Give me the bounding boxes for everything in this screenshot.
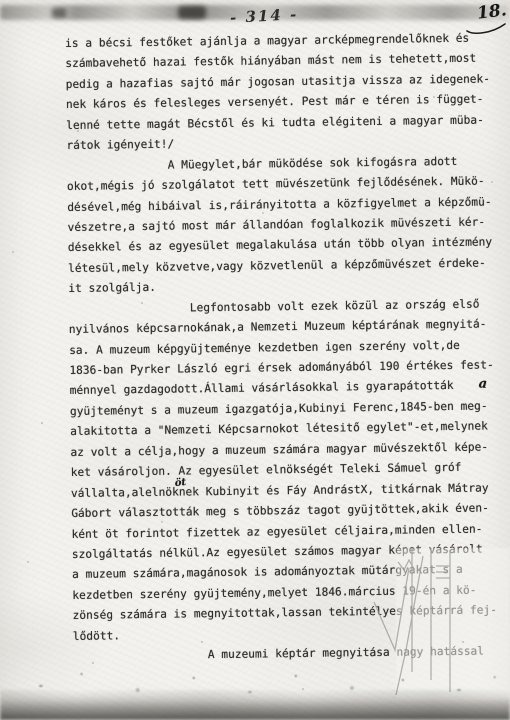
handwritten-insertion: öt (174, 473, 188, 495)
scan-edge-bottom (0, 690, 510, 720)
scan-edge-top-blob (178, 6, 206, 19)
handwritten-correction: a (478, 374, 488, 395)
page-number-handwritten: - 314 - (230, 5, 299, 27)
scan-speckles (0, 0, 2, 2)
scanned-page: - 314 - 18. is a bécsi festőket ajánlja … (0, 0, 510, 720)
scan-edge-top-blob-small (52, 8, 66, 18)
